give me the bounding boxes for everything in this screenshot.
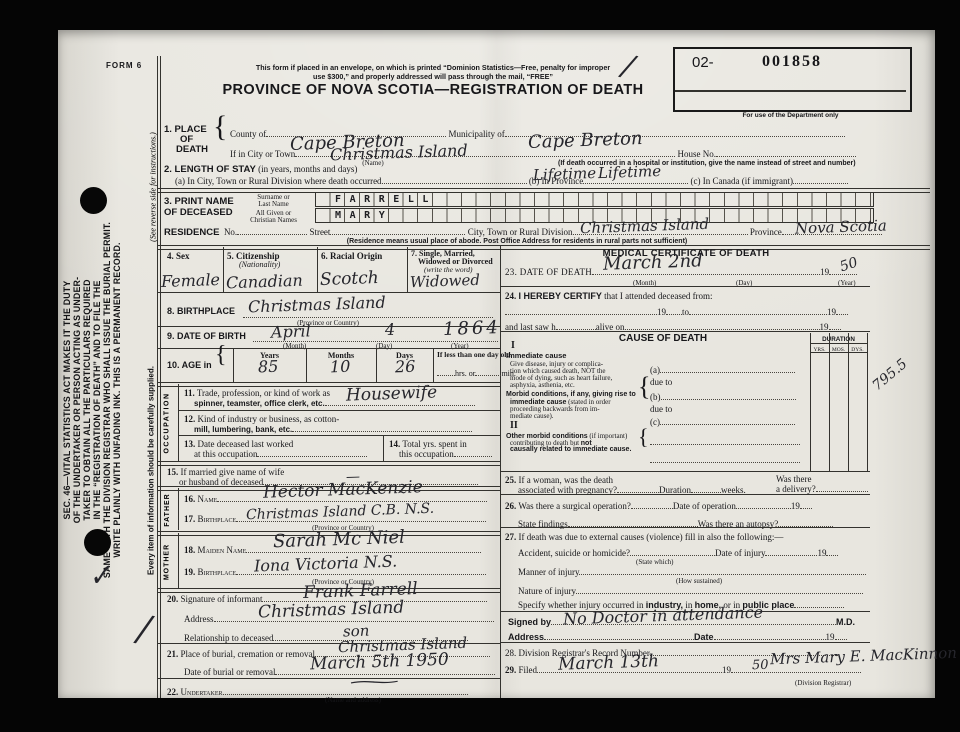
citizenship-value: Canadian [226, 273, 303, 292]
age-label: 10. AGE in [167, 360, 212, 370]
sex-label: 4. Sex [167, 251, 190, 261]
dept-serial: 001858 [762, 57, 822, 67]
fill-line [625, 321, 820, 330]
father-group-label: FATHER [164, 488, 178, 532]
delivery-line2: a delivery? [776, 483, 868, 494]
industry-line2: mill, lumbering, bank, etc. [194, 423, 472, 435]
fill-line [816, 483, 868, 492]
other-morbid-line3: causally related to immediate cause. [510, 445, 631, 455]
fill-line [631, 500, 673, 509]
rule [810, 343, 867, 344]
province-label: Province [750, 227, 782, 237]
address-label: Address [508, 632, 544, 642]
item-number: 21. [167, 649, 178, 659]
margin-file-code: 795.5 [870, 357, 910, 393]
fill-line [793, 175, 848, 184]
occupation-label2: spinner, teamster, office clerk, etc. [194, 399, 325, 408]
fill-line [617, 484, 659, 493]
fill-line [666, 306, 682, 315]
informant-label: Signature of informant [181, 594, 263, 604]
division-label: City, Town or Rural Division [468, 227, 573, 237]
rule [157, 292, 500, 293]
fill-line [237, 226, 307, 235]
statute-line: WRITE PLAINLY WITH UNFADING INK. THIS IS… [112, 140, 122, 660]
less-one-day-label: If less than one day old [437, 350, 511, 360]
rule [810, 352, 867, 353]
mother-name-value: Sarah Mc Niel [273, 529, 405, 552]
statute-line: OF THE UNDERTAKER OR PERSON ACTING AS UN… [72, 140, 82, 660]
fill-line [736, 500, 791, 509]
nature-line: Nature of injury [518, 585, 863, 596]
fill-line [556, 321, 596, 330]
occupation-group-label: OCCUPATION [164, 385, 178, 462]
rule [500, 286, 870, 287]
rule [223, 247, 224, 292]
attended-line: 19to19 [505, 306, 848, 317]
due-to-line: due to [650, 404, 672, 414]
cause-ii-label: II [510, 421, 518, 431]
other-morbid-fill2 [650, 454, 800, 465]
residence-division-value: Christmas Island [580, 217, 710, 236]
rule [178, 488, 179, 530]
fill-line [437, 367, 455, 376]
fill-line [330, 226, 465, 235]
due-to-line: due to [650, 377, 672, 387]
section-rule [157, 382, 500, 387]
age-years-value: 85 [258, 359, 279, 376]
item-number: 26. [505, 501, 516, 511]
fill-line [836, 306, 848, 315]
dys-header: DYS. [848, 345, 867, 355]
birthplace-label: 8. BIRTHPLACE [167, 306, 235, 316]
age-days-value: 26 [395, 359, 416, 376]
racial-origin-label: 6. Racial Origin [321, 251, 382, 261]
fill-line [691, 484, 721, 493]
accident-label: Accident, suicide or homicide? [518, 548, 630, 558]
item-number: 20. [167, 594, 178, 604]
residence-province-value: Nova Scotia [795, 218, 887, 236]
fill-line [292, 423, 472, 432]
burial-date-label: Date of burial or removal [184, 667, 275, 677]
date-of-birth-label: 9. DATE OF BIRTH [167, 331, 246, 341]
fill-line [650, 454, 800, 463]
fill-line [660, 416, 795, 425]
hrs-label: hrs. or [455, 369, 475, 378]
year-19: 19 [827, 307, 836, 317]
rule [810, 333, 811, 471]
signed-by-label: Signed by [508, 617, 551, 627]
sex-value: Female [161, 272, 221, 290]
item-number: 15. [167, 467, 178, 477]
external-causes-label: If death was due to external causes (vio… [519, 532, 784, 542]
date-label: Date [694, 632, 714, 642]
surname-value: FARRELL [316, 193, 873, 206]
item-number: 16. [184, 494, 195, 504]
fill-line [257, 448, 367, 457]
filed-year-value: 50 [752, 659, 769, 673]
filed-label: Filed [519, 665, 538, 675]
brace-glyph: { [215, 350, 227, 360]
undertaker-sub: (Name and address) [298, 695, 408, 705]
certify-rest: that I attended deceased from: [604, 291, 712, 301]
fill-line [661, 391, 796, 400]
house-no-label: House No. [677, 149, 716, 159]
burial-place-label: Place of burial, cremation or removal [181, 649, 315, 659]
year-19: 19 [820, 267, 829, 277]
to-label: to [682, 307, 689, 317]
fill-line [714, 631, 826, 640]
cause-of-death-title: CAUSE OF DEATH [528, 334, 798, 344]
fill-line [716, 148, 856, 157]
rule [500, 331, 870, 332]
cause-b-line: (b) [650, 391, 796, 402]
certify-bold: I HEREBY CERTIFY [519, 291, 602, 301]
signed-address-line: AddressDate19 [508, 631, 847, 642]
undertaker-label: Undertaker [181, 687, 223, 697]
item-number: 17. [184, 514, 195, 524]
brace-glyph: { [638, 382, 650, 392]
fill-line [689, 306, 827, 315]
cause-c-label: (c) [650, 417, 660, 427]
item-number: 18. [184, 545, 195, 555]
fill-line [630, 547, 715, 556]
operation-date-label: Date of operation [673, 501, 736, 511]
rule [500, 494, 870, 495]
rule [383, 435, 384, 461]
municipality-value: Cape Breton [528, 130, 643, 152]
s2-title-line: 2. LENGTH OF STAY (in years, months and … [164, 164, 357, 175]
fill-line [835, 631, 847, 640]
s3-title2: OF DECEASED [164, 208, 233, 218]
burial-date-value: March 5th 1950 [310, 652, 449, 674]
rule [317, 247, 318, 292]
s1-title3: DEATH [176, 145, 208, 155]
rule [500, 527, 870, 528]
mail-note-line2: use $300,” and properly addressed will p… [188, 72, 678, 82]
mother-group-label: MOTHER [164, 535, 178, 590]
birthplace-value: Christmas Island [248, 295, 386, 316]
fill-line [475, 367, 501, 376]
rule [178, 410, 500, 411]
industry-label2: mill, lumbering, bank, etc. [194, 425, 292, 434]
certificate-paper: SEC. 46—VITAL STATISTICS ACT MAKES IT TH… [58, 30, 935, 698]
division-registrar-sub: (Division Registrar) [795, 678, 851, 688]
operation-label: Was there a surgical operation? [518, 501, 631, 511]
fill-line [454, 448, 492, 457]
address-label: Address [184, 614, 214, 624]
fill-line [829, 321, 841, 330]
mother-birthplace-label: Birthplace [198, 567, 237, 577]
year-19: 19 [791, 501, 800, 511]
residence-no-label: No. [224, 227, 237, 237]
fill-line [382, 175, 527, 184]
last-worked-label2: at this occupation [194, 449, 257, 459]
manner-label: Manner of injury [518, 567, 579, 577]
rule [675, 90, 906, 92]
department-number-box: 02- 001858 [673, 47, 912, 112]
rule [500, 471, 870, 472]
rule [157, 678, 500, 679]
year-19: 19 [826, 632, 835, 642]
city-value: Christmas Island [330, 143, 468, 164]
s2-title-sub: (in years, months and days) [258, 164, 357, 174]
father-birthplace-label: Birthplace [198, 514, 237, 524]
immediate-note: asphyxia, asthenia, etc. [510, 380, 575, 390]
item-number: 29. [505, 665, 516, 675]
certify-line: 24. I HEREBY CERTIFY that I attended dec… [505, 291, 713, 301]
fill-line [765, 547, 817, 556]
item-number: 25. [505, 475, 516, 485]
given-sub2: Christian Names [236, 215, 311, 225]
fill-line [660, 364, 795, 373]
fill-line [579, 566, 866, 575]
rule [867, 333, 868, 471]
other-rest: (if important) [588, 432, 628, 440]
fill-line [800, 500, 812, 509]
stay-city-value: Lifetime [533, 166, 597, 183]
external-causes-line: 27. If death was due to external causes … [505, 532, 783, 542]
undertaker-strike-mark: ~ [342, 675, 407, 690]
rule [407, 247, 408, 292]
s2-a-label: (a) In City, Town or Rural Division wher… [175, 176, 382, 186]
rule [829, 333, 830, 471]
father-name-label: Name [198, 494, 218, 504]
form-number-label: FORM 6 [106, 61, 142, 71]
cause-c-line: (c) [650, 416, 795, 427]
scanned-death-record: SEC. 46—VITAL STATISTICS ACT MAKES IT TH… [0, 0, 960, 732]
item-number: 22. [167, 687, 178, 697]
fill-line [778, 518, 833, 527]
last-worked-line2: at this occupation [194, 448, 367, 459]
mos-header: MOS. [829, 345, 848, 355]
fill-line [568, 518, 698, 527]
s2-title: 2. LENGTH OF STAY [164, 164, 256, 175]
cause-i-label: I [511, 341, 515, 351]
surname-boxes: FARRELL [315, 192, 874, 207]
cause-b-label: (b) [650, 392, 661, 402]
fill-line [544, 631, 694, 640]
rule [500, 642, 870, 643]
cause-a-line: (a) [650, 364, 795, 375]
total-years-line2: this occupation [399, 448, 492, 459]
delivery-label: a delivery? [776, 484, 816, 494]
total-years-label2: this occupation [399, 449, 454, 459]
fill-line [826, 547, 838, 556]
injury-date-label: Date of injury [715, 548, 765, 558]
dept-caption: For use of the Department only [673, 111, 908, 121]
rule [160, 56, 161, 698]
racial-origin-value: Scotch [320, 270, 379, 289]
year-19: 19 [817, 548, 826, 558]
year-19: 19 [657, 307, 666, 317]
rule [178, 384, 179, 461]
dept-code: 02- [692, 58, 714, 68]
filed-date-value: March 13th [558, 653, 660, 674]
statute-line: SEC. 46—VITAL STATISTICS ACT MAKES IT TH… [62, 140, 72, 660]
yrs-header: YRS. [810, 345, 829, 355]
day-sub: (Day) [376, 341, 392, 351]
street-label: Street [309, 227, 330, 237]
municipality-label: Municipality of [449, 129, 505, 139]
rule [157, 348, 500, 349]
rule [848, 333, 849, 471]
check-mark: ✓ [86, 560, 114, 592]
month-sub: (Month) [283, 341, 306, 351]
fill-line [576, 585, 863, 594]
rule [178, 435, 500, 436]
stay-province-value: Lifetime [598, 164, 662, 181]
brace-glyph: { [638, 432, 649, 442]
birth-day-value: 4 [385, 322, 396, 338]
item-number: 19. [184, 567, 195, 577]
punch-hole [80, 187, 107, 214]
year-19: 19 [722, 665, 731, 675]
fill-line [650, 436, 800, 445]
rule [157, 56, 158, 698]
mother-name-label: Maiden Name [198, 545, 247, 555]
nature-label: Nature of injury [518, 586, 576, 596]
relationship-label: Relationship to deceased [184, 633, 273, 643]
date-of-death-label: 23. DATE OF DEATH [505, 267, 592, 277]
s2-c-label: (c) In Canada (if immigrant) [691, 176, 793, 186]
item-number: 24. [505, 291, 516, 301]
accident-line: Accident, suicide or homicide?Date of in… [518, 547, 838, 558]
punch-hole [84, 529, 111, 556]
rule [433, 348, 434, 382]
registrar-value: Mrs Mary E. MacKinnon [770, 646, 957, 668]
operation-line: 26. Was there a surgical operation?Date … [505, 500, 812, 511]
birth-year-value: 1864 [443, 319, 501, 339]
fill-line [505, 306, 657, 315]
s3-title1: 3. PRINT NAME [164, 197, 234, 207]
age-months-value: 10 [330, 359, 351, 376]
birth-month-value: April [271, 323, 311, 340]
death-date-value: March 2nd [603, 252, 703, 273]
marital-value: Widowed [410, 273, 480, 290]
page-title: PROVINCE OF NOVA SCOTIA—REGISTRATION OF … [178, 85, 688, 95]
section-rule [157, 461, 500, 466]
fill-line [794, 599, 844, 608]
rule [178, 533, 179, 588]
occupation-value: Housewife [346, 384, 438, 404]
nationality-sub: (Nationality) [239, 260, 280, 270]
other-morbid-fill1 [650, 436, 800, 447]
cause-a-label: (a) [650, 365, 660, 375]
brace-glyph: { [213, 122, 227, 132]
county-label: County of [230, 129, 266, 139]
city-label: If in City or Town [230, 149, 295, 159]
item-number: 27. [505, 532, 516, 542]
hrs-min-line: hrs. ormin. [437, 367, 516, 379]
md-label: M.D. [836, 617, 855, 627]
s2-stay-line: (a) In City, Town or Rural Division wher… [175, 175, 848, 186]
